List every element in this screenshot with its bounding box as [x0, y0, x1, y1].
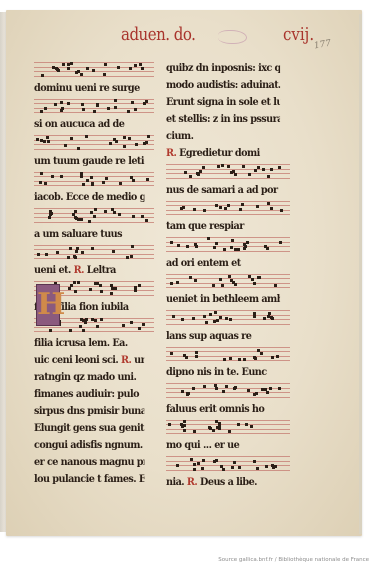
neume-note — [266, 391, 269, 394]
neume-note — [251, 278, 254, 281]
neume-note — [94, 282, 97, 285]
neume-note — [228, 275, 231, 278]
neume-note — [123, 136, 126, 139]
neume-note — [215, 242, 218, 245]
illuminated-initial-letter: H — [36, 284, 60, 326]
neume-note — [239, 208, 242, 211]
neume-note — [112, 250, 115, 253]
neume-note — [146, 178, 149, 181]
neume-note — [186, 245, 189, 248]
neume-note — [214, 384, 217, 387]
neume-note — [147, 135, 150, 138]
neume-note — [86, 179, 89, 182]
neume-note — [110, 284, 113, 287]
neume-note — [231, 466, 234, 469]
neume-note — [258, 276, 261, 279]
neume-note — [225, 385, 228, 388]
neume-note — [74, 290, 77, 293]
text-span: ueniet in bethleem ambu — [166, 293, 280, 305]
neume-note — [243, 358, 246, 361]
rubric-marker: R. — [187, 476, 197, 488]
neume-note — [262, 168, 265, 171]
staff-line — [166, 278, 290, 279]
neume-note — [73, 255, 76, 258]
neume-note — [254, 169, 257, 172]
neume-note — [102, 181, 105, 184]
staff-line — [34, 249, 154, 250]
neume-note — [222, 468, 225, 471]
neume-note — [221, 284, 224, 287]
neume-note — [184, 171, 187, 174]
neume-note — [207, 237, 210, 240]
text-span: Elungit gens sua genit — [34, 422, 144, 434]
rubric-marker: R. — [121, 354, 131, 366]
neume-note — [128, 137, 131, 140]
neume-note — [202, 166, 205, 169]
neume-note — [212, 284, 215, 287]
neume-note — [279, 241, 282, 244]
neume-note — [67, 102, 70, 105]
text-line: ratngin qz mado uni. — [34, 369, 144, 386]
neume-note — [219, 206, 222, 209]
neume-note — [80, 175, 83, 178]
running-title: aduen. do. — [121, 24, 195, 45]
neume-note — [37, 253, 40, 256]
text-span: congui adisfis ngnum. — [34, 439, 143, 451]
text-line: ad ori entem et — [166, 255, 280, 272]
neume-note — [80, 218, 83, 221]
neume-note — [227, 165, 230, 168]
neume-note — [135, 143, 138, 146]
neume-note — [131, 101, 134, 104]
neume-note — [278, 387, 281, 390]
staff-line — [34, 222, 154, 223]
neume-note — [39, 181, 42, 184]
neume-note — [132, 215, 135, 218]
neume-note — [267, 202, 270, 205]
neume-note — [54, 103, 57, 106]
text-span: um tuum gaude re leticie — [34, 155, 144, 167]
music-staff — [166, 347, 290, 362]
neume-note — [203, 315, 206, 318]
staff-line — [34, 327, 154, 328]
neume-note — [221, 164, 224, 167]
music-staff — [166, 310, 290, 325]
neume-note — [176, 464, 179, 467]
neume-note — [187, 392, 190, 395]
neume-note — [269, 387, 272, 390]
neume-note — [85, 318, 88, 321]
neume-note — [93, 215, 96, 218]
neume-note — [231, 239, 234, 242]
neume-note — [77, 281, 80, 284]
text-line: mo qui ... er ue — [166, 437, 280, 454]
neume-note — [77, 70, 80, 73]
staff-line — [166, 351, 290, 352]
music-staff — [166, 383, 290, 398]
neume-note — [56, 251, 59, 254]
text-line: Erunt signa in sole et luna — [166, 94, 280, 111]
neume-note — [256, 467, 259, 470]
neume-note — [131, 245, 134, 248]
text-span: quibz dn inposnis: ixc quod — [166, 62, 280, 74]
neume-note — [79, 325, 82, 328]
staff-line — [166, 251, 290, 252]
neume-note — [113, 138, 116, 141]
neume-note — [74, 210, 77, 213]
neume-note — [94, 319, 97, 322]
neume-note — [85, 135, 88, 138]
neume-note — [118, 213, 121, 216]
neume-note — [81, 103, 84, 106]
neume-note — [243, 247, 246, 250]
neume-note — [114, 106, 117, 109]
staff-line — [34, 140, 154, 141]
neume-note — [109, 142, 112, 145]
text-span: ueni et. — [34, 264, 74, 276]
neume-note — [82, 329, 85, 332]
neume-note — [45, 253, 48, 256]
neume-note — [46, 136, 49, 139]
neume-note — [270, 207, 273, 210]
music-staff — [166, 164, 290, 179]
neume-note — [100, 290, 103, 293]
neume-note — [248, 275, 251, 278]
text-span: lou pulancie t fames. Ec — [34, 473, 144, 485]
neume-note — [100, 318, 103, 321]
text-line: nus de samari a ad por — [166, 182, 280, 199]
neume-note — [176, 281, 179, 284]
neume-note — [122, 324, 125, 327]
neume-note — [254, 357, 257, 360]
text-span: ratngin qz mado uni. — [34, 371, 136, 383]
text-span: Leltra — [84, 264, 116, 276]
neume-note — [75, 250, 78, 253]
neume-note — [209, 313, 212, 316]
neume-note — [223, 358, 226, 361]
folio-number: cvij. — [283, 24, 314, 45]
music-staff — [34, 172, 154, 187]
neume-note — [119, 182, 122, 185]
staff-line — [34, 135, 154, 136]
neume-note — [134, 289, 137, 292]
text-span: sirpus dns pmisir buna — [34, 405, 144, 417]
music-staff — [34, 135, 154, 150]
neume-note — [49, 329, 52, 332]
neume-note — [139, 63, 142, 66]
neume-note — [193, 430, 196, 433]
neume-note — [180, 207, 183, 210]
neume-note — [203, 209, 206, 212]
neume-note — [69, 329, 72, 332]
neume-note — [130, 321, 133, 324]
neume-note — [276, 355, 279, 358]
neume-note — [199, 170, 202, 173]
neume-note — [89, 288, 92, 291]
neume-note — [213, 246, 216, 249]
text-line: dominu ueni re surge — [34, 80, 144, 97]
neume-note — [55, 67, 58, 70]
text-span: un — [131, 354, 144, 366]
neume-note — [217, 165, 220, 168]
neume-note — [183, 424, 186, 427]
neume-note — [189, 175, 192, 178]
neume-note — [260, 352, 263, 355]
staff-line — [34, 62, 154, 63]
neume-note — [40, 172, 43, 175]
pen-mark — [218, 30, 247, 44]
neume-note — [170, 241, 173, 244]
neume-note — [43, 140, 46, 143]
neume-note — [181, 390, 184, 393]
staff-line — [166, 201, 290, 202]
text-span: dipno nis in te. Eunc — [166, 366, 267, 378]
neume-note — [36, 138, 39, 141]
neume-note — [141, 67, 144, 70]
neume-note — [114, 287, 117, 290]
neume-note — [103, 73, 106, 76]
staff-line — [166, 397, 290, 398]
text-span: nus de samari a ad por — [166, 184, 278, 196]
text-span: cium. — [166, 130, 193, 142]
staff-line — [166, 287, 290, 288]
neume-note — [264, 388, 267, 391]
neume-note — [90, 176, 93, 179]
neume-note — [267, 175, 270, 178]
neume-note — [93, 110, 96, 113]
neume-note — [52, 66, 55, 69]
neume-note — [80, 73, 83, 76]
neume-note — [223, 248, 226, 251]
neume-note — [180, 423, 183, 426]
staff-line — [34, 181, 154, 182]
right-column: quibz dn inposnis: ixc quodmodo audistis… — [166, 60, 290, 491]
neume-note — [44, 182, 47, 185]
neume-note — [271, 356, 274, 359]
text-span: Erunt signa in sole et luna — [166, 96, 280, 108]
neume-note — [77, 147, 80, 150]
text-line: er ce nanous magnu pr — [34, 454, 144, 471]
music-staff — [166, 456, 290, 471]
staff-line — [166, 178, 290, 179]
neume-note — [248, 173, 251, 176]
neume-note — [170, 352, 173, 355]
text-line: faluus erit omnis ho — [166, 401, 280, 418]
neume-note — [64, 144, 67, 147]
neume-note — [41, 74, 44, 77]
text-line: lou pulancie t fames. Ec — [34, 471, 144, 488]
text-line: modo audistis: aduinat. — [166, 77, 280, 94]
staff-line — [166, 470, 290, 471]
neume-note — [96, 104, 99, 107]
text-line: si on aucuca ad de — [34, 116, 144, 133]
neume-note — [205, 321, 208, 324]
neume-note — [60, 101, 63, 104]
neume-note — [193, 208, 196, 211]
neume-note — [183, 354, 186, 357]
neume-note — [224, 207, 227, 210]
staff-line — [166, 214, 290, 215]
music-staff — [34, 99, 154, 114]
neume-note — [218, 424, 221, 427]
neume-note — [193, 463, 196, 466]
neume-note — [138, 284, 141, 287]
neume-note — [168, 423, 171, 426]
staff-line — [166, 246, 290, 247]
text-span: nia. — [166, 476, 187, 488]
staff-line — [166, 237, 290, 238]
neume-note — [264, 245, 267, 248]
neume-note — [225, 317, 228, 320]
text-line: Elungit gens sua genit — [34, 420, 144, 437]
neume-note — [62, 63, 65, 66]
neume-note — [47, 140, 50, 143]
text-line: lans sup aquas re — [166, 328, 280, 345]
neume-note — [86, 67, 89, 70]
neume-note — [201, 467, 204, 470]
neume-note — [209, 427, 212, 430]
neume-note — [197, 173, 200, 176]
text-line: ueni et. R. Leltra — [34, 262, 144, 279]
text-line: iacob. Ecce de medio gen — [34, 189, 144, 206]
neume-note — [253, 460, 256, 463]
neume-note — [265, 465, 268, 468]
neume-note — [92, 69, 95, 72]
music-staff — [166, 420, 290, 435]
neume-note — [233, 387, 236, 390]
text-span: fimanes audiuir: pulo — [34, 388, 139, 400]
neume-note — [170, 282, 173, 285]
neume-note — [44, 107, 47, 110]
staff-line — [166, 456, 290, 457]
neume-note — [270, 168, 273, 171]
neume-note — [82, 183, 85, 186]
neume-note — [88, 220, 91, 223]
music-staff — [34, 208, 154, 223]
neume-note — [274, 284, 277, 287]
neume-note — [215, 204, 218, 207]
neume-note — [189, 276, 192, 279]
neume-note — [130, 255, 133, 258]
staff-line — [166, 392, 290, 393]
neume-note — [129, 67, 132, 70]
neume-note — [126, 256, 129, 259]
neume-note — [229, 357, 232, 360]
neume-note — [228, 430, 231, 433]
neume-note — [241, 203, 244, 206]
text-span: a um saluare tuus — [34, 228, 122, 240]
neume-note — [229, 318, 232, 321]
text-span: et stellis: z in ins pssura ge — [166, 113, 280, 125]
text-line: congui adisfis ngnum. — [34, 437, 144, 454]
neume-note — [238, 358, 241, 361]
text-span: er ce nanous magnu pr — [34, 456, 144, 468]
music-staff — [166, 237, 290, 252]
neume-note — [190, 458, 193, 461]
text-line: cium. — [166, 128, 280, 145]
text-span: Egredietur domi — [176, 147, 259, 159]
neume-note — [222, 390, 225, 393]
text-line: fimanes audiuir: pulo — [34, 386, 144, 403]
neume-note — [278, 166, 281, 169]
neume-note — [203, 385, 206, 388]
neume-note — [107, 107, 110, 110]
neume-note — [104, 210, 107, 213]
neume-note — [250, 425, 253, 428]
staff-line — [166, 347, 290, 348]
neume-note — [237, 423, 240, 426]
staff-line — [166, 315, 290, 316]
staff-line — [166, 310, 290, 311]
neume-note — [73, 281, 76, 284]
neume-note — [233, 461, 236, 464]
text-span: ad ori entem et — [166, 257, 241, 269]
staff-line — [34, 258, 154, 259]
text-span: dominu ueni re surge — [34, 82, 140, 94]
neume-note — [77, 218, 80, 221]
neume-note — [261, 388, 264, 391]
staff-line — [166, 283, 290, 284]
text-line: et stellis: z in ins pssura ge — [166, 111, 280, 128]
text-span: Deus a libe. — [197, 476, 257, 488]
neume-note — [215, 459, 218, 462]
text-span: filia icrusa lem. Ea. — [34, 337, 128, 349]
source-credit: Source gallica.bnf.fr / Bibliothèque nat… — [218, 557, 369, 563]
neume-note — [70, 137, 73, 140]
staff-line — [34, 245, 154, 246]
neume-note — [257, 166, 260, 169]
neume-note — [117, 66, 120, 69]
neume-note — [195, 355, 198, 358]
text-line: R. Egredietur domi — [166, 145, 280, 162]
text-line: um tuum gaude re leticie — [34, 153, 144, 170]
neume-note — [96, 325, 99, 328]
neume-note — [90, 211, 93, 214]
neume-note — [80, 172, 83, 175]
neume-note — [142, 323, 145, 326]
neume-note — [72, 213, 75, 216]
neume-note — [194, 243, 197, 246]
neume-note — [214, 311, 217, 314]
staff-line — [166, 461, 290, 462]
illuminated-initial: H — [36, 284, 58, 324]
neume-note — [177, 244, 180, 247]
rubric-marker: R. — [166, 147, 176, 159]
neume-note — [219, 316, 222, 319]
neume-note — [81, 251, 84, 254]
neume-note — [91, 183, 94, 186]
neume-note — [192, 387, 195, 390]
neume-note — [68, 287, 71, 290]
neume-note — [272, 466, 275, 469]
neume-note — [60, 175, 63, 178]
music-staff — [34, 62, 154, 77]
neume-note — [132, 179, 135, 182]
neume-note — [234, 283, 237, 286]
staff-line — [34, 99, 154, 100]
neume-note — [227, 204, 230, 207]
staff-line — [34, 172, 154, 173]
staff-line — [166, 324, 290, 325]
neume-note — [195, 351, 198, 354]
text-span: tam que respiar — [166, 220, 244, 232]
text-line: a um saluare tuus — [34, 226, 144, 243]
neume-note — [60, 109, 63, 112]
text-line: dipno nis in te. Eunc — [166, 364, 280, 381]
neume-note — [230, 279, 233, 282]
neume-note — [105, 177, 108, 180]
text-line: tam que respiar — [166, 218, 280, 235]
